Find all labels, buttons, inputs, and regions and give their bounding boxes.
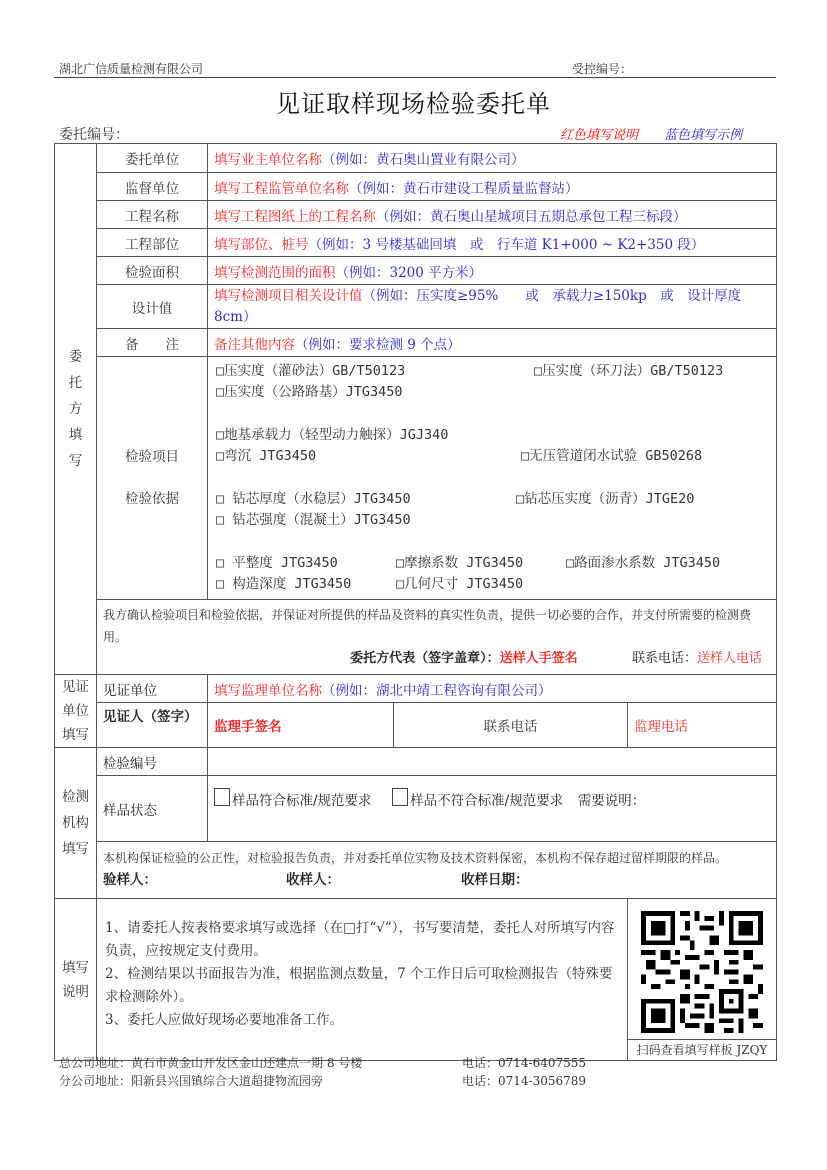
test-item-checkbox[interactable]: □压实度（灌砂法）GB/T50123	[216, 361, 405, 383]
lab-signatures: 验样人： 收样人： 收样日期：	[103, 870, 770, 892]
entrust-form-table: 委 托 方 填 写 委托单位 填写业主单位名称（例如：黄石奥山置业有限公司） 监…	[54, 143, 777, 1061]
control-number-label: 受控编号：	[572, 60, 632, 77]
supervision-unit-label: 监督单位	[97, 173, 208, 201]
supervision-unit-field[interactable]: 填写工程监管单位名称（例如：黄石市建设工程质量监督站）	[208, 173, 777, 201]
witness-unit-field[interactable]: 填写监理单位名称（例如：湖北中靖工程咨询有限公司）	[208, 675, 777, 703]
witness-phone-label: 联系电话	[394, 703, 628, 748]
witness-phone-field[interactable]: 监理电话	[628, 703, 777, 748]
header-divider	[54, 77, 776, 78]
entrust-number-label: 委托编号：	[59, 124, 129, 144]
client-unit-field[interactable]: 填写业主单位名称（例如：黄石奥山置业有限公司）	[208, 144, 777, 173]
row-remarks: 备 注 备注其他内容（例如：要求检测 9 个点）	[55, 329, 777, 357]
hq-phone: 电话：0714-6407555	[462, 1054, 586, 1071]
remarks-label: 备 注	[97, 329, 208, 357]
row-project-location: 工程部位 填写部位、桩号（例如：3 号楼基础回填 或 行车道 K1+000 ~ …	[55, 229, 777, 257]
test-item-checkbox[interactable]: □无压管道闭水试验 GB50268	[521, 446, 702, 468]
test-items-list: □压实度（灌砂法）GB/T50123 □压实度（环刀法）GB/T50123 □压…	[208, 357, 777, 600]
witness-person-label: 见证人（签字）	[97, 703, 208, 748]
test-item-checkbox[interactable]: □地基承载力（轻型动力触探）JGJ340	[216, 425, 448, 447]
test-area-field[interactable]: 填写检测范围的面积（例如：3200 平方米）	[208, 257, 777, 285]
row-declaration: 我方确认检验项目和检验依据，并保证对所提供的样品及资料的真实性负责，提供一切必要…	[55, 600, 777, 675]
legend-red: 红色填写说明	[560, 128, 638, 143]
witness-unit-label: 见证单位	[97, 675, 208, 703]
test-item-checkbox[interactable]: □摩擦系数 JTG3450	[396, 553, 523, 575]
test-item-checkbox[interactable]: □ 钻芯强度（混凝土）JTG3450	[216, 510, 411, 532]
row-lab-statement: 本机构保证检验的公正性，对检验报告负责，并对委托单位实物及技术资料保密，本机构不…	[55, 842, 777, 899]
remarks-field[interactable]: 备注其他内容（例如：要求检测 9 个点）	[208, 329, 777, 357]
sample-state-label: 样品状态	[97, 776, 208, 842]
lab-section-label: 检测 机构 填写	[55, 748, 97, 899]
test-item-checkbox[interactable]: □压实度（公路路基）JTG3450	[216, 382, 403, 404]
sample-not-ok-checkbox[interactable]: 样品不符合标准/规范要求	[392, 793, 563, 809]
instructions-section-label: 填写 说明	[55, 899, 97, 1061]
test-number-field[interactable]	[208, 748, 777, 776]
row-test-number: 检测 机构 填写 检验编号	[55, 748, 777, 776]
row-instructions: 填写 说明 1、请委托人按表格要求填写或选择（在□打“√”），书写要清楚，委托人…	[55, 899, 777, 1061]
witness-section-label: 见证 单位 填写	[55, 675, 97, 748]
row-witness-person: 见证人（签字） 监理手签名 联系电话 监理电话	[55, 703, 777, 748]
inspector-field[interactable]: 验样人：	[103, 870, 157, 890]
test-item-checkbox[interactable]: □几何尺寸 JTG3450	[396, 574, 523, 596]
row-test-area: 检验面积 填写检测范围的面积（例如：3200 平方米）	[55, 257, 777, 285]
need-explain-label: 需要说明：	[578, 793, 646, 809]
project-name-label: 工程名称	[97, 201, 208, 229]
lab-statement-cell: 本机构保证检验的公正性，对检验报告负责，并对委托单位实物及技术资料保密，本机构不…	[97, 842, 777, 899]
sample-state-field: 样品符合标准/规范要求 样品不符合标准/规范要求 需要说明：	[208, 776, 777, 842]
branch-address: 分公司地址：阳新县兴国镇综合大道超捷物流园旁	[59, 1072, 323, 1089]
client-signature-field[interactable]: 送样人手签名	[500, 651, 578, 666]
row-project-name: 工程名称 填写工程图纸上的工程名称（例如：黄石奥山星城项目五期总承包工程三标段）	[55, 201, 777, 229]
design-value-field[interactable]: 填写检测项目相关设计值（例如：压实度≥95% 或 承载力≥150kp 或 设计厚…	[208, 285, 777, 329]
row-test-items: 检验项目 检验依据 □压实度（灌砂法）GB/T50123 □压实度（环刀法）GB…	[55, 357, 777, 600]
test-item-checkbox[interactable]: □压实度（环刀法）GB/T50123	[534, 361, 723, 383]
company-name: 湖北广信质量检测有限公司	[59, 60, 203, 77]
test-item-checkbox[interactable]: □钻芯压实度（沥青）JTGE20	[516, 489, 694, 511]
test-area-label: 检验面积	[97, 257, 208, 285]
test-item-checkbox[interactable]: □路面渗水系数 JTG3450	[566, 553, 720, 575]
receiver-field[interactable]: 收样人：	[286, 870, 340, 890]
row-witness-unit: 见证 单位 填写 见证单位 填写监理单位名称（例如：湖北中靖工程咨询有限公司）	[55, 675, 777, 703]
page-title: 见证取样现场检验委托单	[0, 84, 827, 119]
design-value-label: 设计值	[97, 285, 208, 329]
test-number-label: 检验编号	[97, 748, 208, 776]
row-client-unit: 委 托 方 填 写 委托单位 填写业主单位名称（例如：黄石奥山置业有限公司）	[55, 144, 777, 173]
test-item-checkbox[interactable]: □弯沉 JTG3450	[216, 446, 316, 468]
project-name-field[interactable]: 填写工程图纸上的工程名称（例如：黄石奥山星城项目五期总承包工程三标段）	[208, 201, 777, 229]
declaration-cell: 我方确认检验项目和检验依据，并保证对所提供的样品及资料的真实性负责，提供一切必要…	[97, 600, 777, 675]
project-location-field[interactable]: 填写部位、桩号（例如：3 号楼基础回填 或 行车道 K1+000 ~ K2+35…	[208, 229, 777, 257]
declaration-text: 我方确认检验项目和检验依据，并保证对所提供的样品及资料的真实性负责，提供一切必要…	[103, 604, 770, 648]
hq-address: 总公司地址：黄石市黄金山开发区金山还建点一期 8 号楼	[59, 1054, 362, 1071]
row-design-value: 设计值 填写检测项目相关设计值（例如：压实度≥95% 或 承载力≥150kp 或…	[55, 285, 777, 329]
lab-statement-text: 本机构保证检验的公正性，对检验报告负责，并对委托单位实物及技术资料保密，本机构不…	[103, 846, 770, 870]
legend-blue: 蓝色填写示例	[664, 128, 742, 143]
witness-signature-field[interactable]: 监理手签名	[208, 703, 394, 748]
test-item-checkbox[interactable]: □ 构造深度 JTG3450	[216, 574, 351, 596]
instruction-item: 2、检测结果以书面报告为准，根据监测点数量，7 个工作日后可取检测报告（特殊要求…	[105, 963, 619, 1009]
test-item-checkbox[interactable]: □ 平整度 JTG3450	[216, 553, 338, 575]
client-signature-line: 委托方代表（签字盖章）：送样人手签名 联系电话：送样人电话	[103, 648, 770, 670]
branch-phone: 电话：0714-3056789	[462, 1072, 586, 1089]
row-supervision-unit: 监督单位 填写工程监管单位名称（例如：黄石市建设工程质量监督站）	[55, 173, 777, 201]
receive-date-field[interactable]: 收样日期：	[461, 870, 529, 890]
instruction-item: 3、委托人应做好现场必要地准备工作。	[105, 1009, 619, 1032]
color-legend: 红色填写说明 蓝色填写示例	[560, 124, 742, 143]
client-phone-field[interactable]: 送样人电话	[697, 651, 762, 666]
client-unit-label: 委托单位	[97, 144, 208, 173]
qr-code-icon[interactable]	[641, 911, 763, 1033]
instruction-item: 1、请委托人按表格要求填写或选择（在□打“√”），书写要清楚，委托人对所填写内容…	[105, 917, 619, 963]
qr-caption: 扫码查看填写样板 JZQY	[628, 1039, 776, 1060]
test-item-checkbox[interactable]: □ 钻芯厚度（水稳层）JTG3450	[216, 489, 411, 511]
qr-cell: 扫码查看填写样板 JZQY	[628, 899, 777, 1061]
instructions-text: 1、请委托人按表格要求填写或选择（在□打“√”），书写要清楚，委托人对所填写内容…	[97, 899, 628, 1061]
client-section-label: 委 托 方 填 写	[55, 144, 97, 675]
sample-ok-checkbox[interactable]: 样品符合标准/规范要求	[214, 793, 372, 809]
test-items-label: 检验项目 检验依据	[97, 357, 208, 600]
row-sample-state: 样品状态 样品符合标准/规范要求 样品不符合标准/规范要求 需要说明：	[55, 776, 777, 842]
project-location-label: 工程部位	[97, 229, 208, 257]
